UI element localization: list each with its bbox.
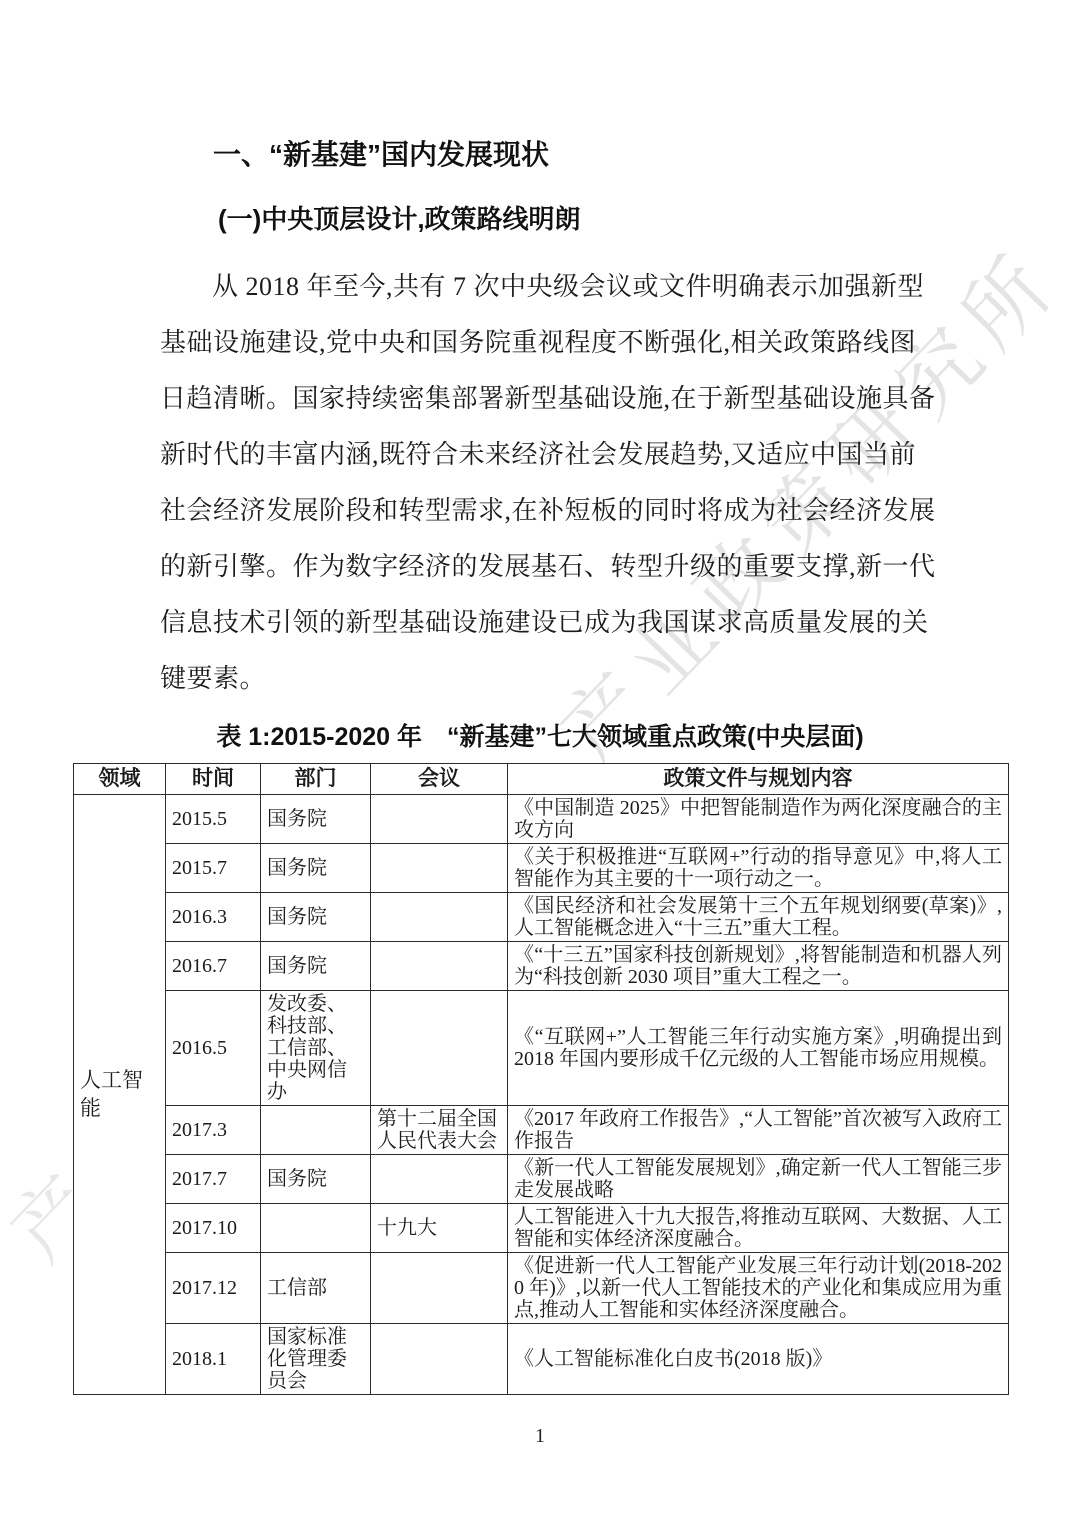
dept-cell: [261, 1203, 371, 1252]
content-cell: 《促进新一代人工智能产业发展三年行动计划(2018-2020 年)》,以新一代人…: [508, 1252, 1009, 1323]
content-cell: 《“互联网+”人工智能三年行动实施方案》,明确提出到 2018 年国内要形成千亿…: [508, 990, 1009, 1105]
body-paragraph: 从 2018 年至今,共有 7 次中央级会议或文件明确表示加强新型 基础设施建设…: [160, 259, 936, 707]
dept-cell: 国务院: [261, 1154, 371, 1203]
domain-cell: 人工智能: [74, 794, 166, 1394]
meeting-cell: 十九大: [371, 1203, 508, 1252]
table-row: 2016.5 发改委、科技部、工信部、中央网信办 《“互联网+”人工智能三年行动…: [74, 990, 1009, 1105]
content-cell: 《中国制造 2025》中把智能制造作为两化深度融合的主攻方向: [508, 794, 1009, 843]
table-row: 2016.3 国务院 《国民经济和社会发展第十三个五年规划纲要(草案)》,人工智…: [74, 892, 1009, 941]
dept-cell: [261, 1105, 371, 1154]
dept-cell: 国务院: [261, 794, 371, 843]
dept-cell: 国家标准化管理委员会: [261, 1323, 371, 1394]
table-header-row: 领域 时间 部门 会议 政策文件与规划内容: [74, 763, 1009, 794]
table-row: 2017.3 第十二届全国人民代表大会 《2017 年政府工作报告》,“人工智能…: [74, 1105, 1009, 1154]
meeting-cell: [371, 990, 508, 1105]
meeting-cell: [371, 1154, 508, 1203]
meeting-cell: [371, 843, 508, 892]
time-cell: 2017.3: [166, 1105, 261, 1154]
subsection-heading: (一)中央顶层设计,政策路线明朗: [218, 204, 1080, 235]
time-cell: 2015.5: [166, 794, 261, 843]
meeting-cell: [371, 892, 508, 941]
meeting-cell: [371, 794, 508, 843]
time-cell: 2018.1: [166, 1323, 261, 1394]
table-row: 2016.7 国务院 《“十三五”国家科技创新规划》,将智能制造和机器人列为“科…: [74, 941, 1009, 990]
content-cell: 《“十三五”国家科技创新规划》,将智能制造和机器人列为“科技创新 2030 项目…: [508, 941, 1009, 990]
section-heading: 一、“新基建”国内发展现状: [213, 138, 1080, 172]
content-cell: 《新一代人工智能发展规划》,确定新一代人工智能三步走发展战略: [508, 1154, 1009, 1203]
time-cell: 2017.12: [166, 1252, 261, 1323]
table-row: 人工智能 2015.5 国务院 《中国制造 2025》中把智能制造作为两化深度融…: [74, 794, 1009, 843]
dept-cell: 发改委、科技部、工信部、中央网信办: [261, 990, 371, 1105]
table-row: 2018.1 国家标准化管理委员会 《人工智能标准化白皮书(2018 版)》: [74, 1323, 1009, 1394]
content-cell: 《人工智能标准化白皮书(2018 版)》: [508, 1323, 1009, 1394]
col-header-domain: 领域: [74, 763, 166, 794]
content-cell: 《国民经济和社会发展第十三个五年规划纲要(草案)》,人工智能概念进入“十三五”重…: [508, 892, 1009, 941]
table-row: 2015.7 国务院 《关于积极推进“互联网+”行动的指导意见》中,将人工智能作…: [74, 843, 1009, 892]
meeting-cell: 第十二届全国人民代表大会: [371, 1105, 508, 1154]
content-cell: 人工智能进入十九大报告,将推动互联网、大数据、人工智能和实体经济深度融合。: [508, 1203, 1009, 1252]
dept-cell: 工信部: [261, 1252, 371, 1323]
page-content: 一、“新基建”国内发展现状 (一)中央顶层设计,政策路线明朗 从 2018 年至…: [0, 138, 1080, 1448]
time-cell: 2017.10: [166, 1203, 261, 1252]
col-header-dept: 部门: [261, 763, 371, 794]
time-cell: 2017.7: [166, 1154, 261, 1203]
policy-table: 领域 时间 部门 会议 政策文件与规划内容 人工智能 2015.5 国务院 《中…: [73, 763, 1009, 1395]
document-page: { "watermark": { "text": "产业政策研究所", "fra…: [0, 0, 1080, 1527]
meeting-cell: [371, 1323, 508, 1394]
table-title: 表 1:2015-2020 年 “新基建”七大领域重点政策(中央层面): [0, 717, 1080, 753]
table-row: 2017.12 工信部 《促进新一代人工智能产业发展三年行动计划(2018-20…: [74, 1252, 1009, 1323]
table-row: 2017.7 国务院 《新一代人工智能发展规划》,确定新一代人工智能三步走发展战…: [74, 1154, 1009, 1203]
time-cell: 2016.3: [166, 892, 261, 941]
col-header-content: 政策文件与规划内容: [508, 763, 1009, 794]
content-cell: 《2017 年政府工作报告》,“人工智能”首次被写入政府工作报告: [508, 1105, 1009, 1154]
meeting-cell: [371, 941, 508, 990]
page-number: 1: [0, 1425, 1080, 1448]
content-cell: 《关于积极推进“互联网+”行动的指导意见》中,将人工智能作为其主要的十一项行动之…: [508, 843, 1009, 892]
col-header-meeting: 会议: [371, 763, 508, 794]
dept-cell: 国务院: [261, 843, 371, 892]
time-cell: 2015.7: [166, 843, 261, 892]
time-cell: 2016.7: [166, 941, 261, 990]
dept-cell: 国务院: [261, 941, 371, 990]
table-row: 2017.10 十九大 人工智能进入十九大报告,将推动互联网、大数据、人工智能和…: [74, 1203, 1009, 1252]
dept-cell: 国务院: [261, 892, 371, 941]
col-header-time: 时间: [166, 763, 261, 794]
time-cell: 2016.5: [166, 990, 261, 1105]
meeting-cell: [371, 1252, 508, 1323]
